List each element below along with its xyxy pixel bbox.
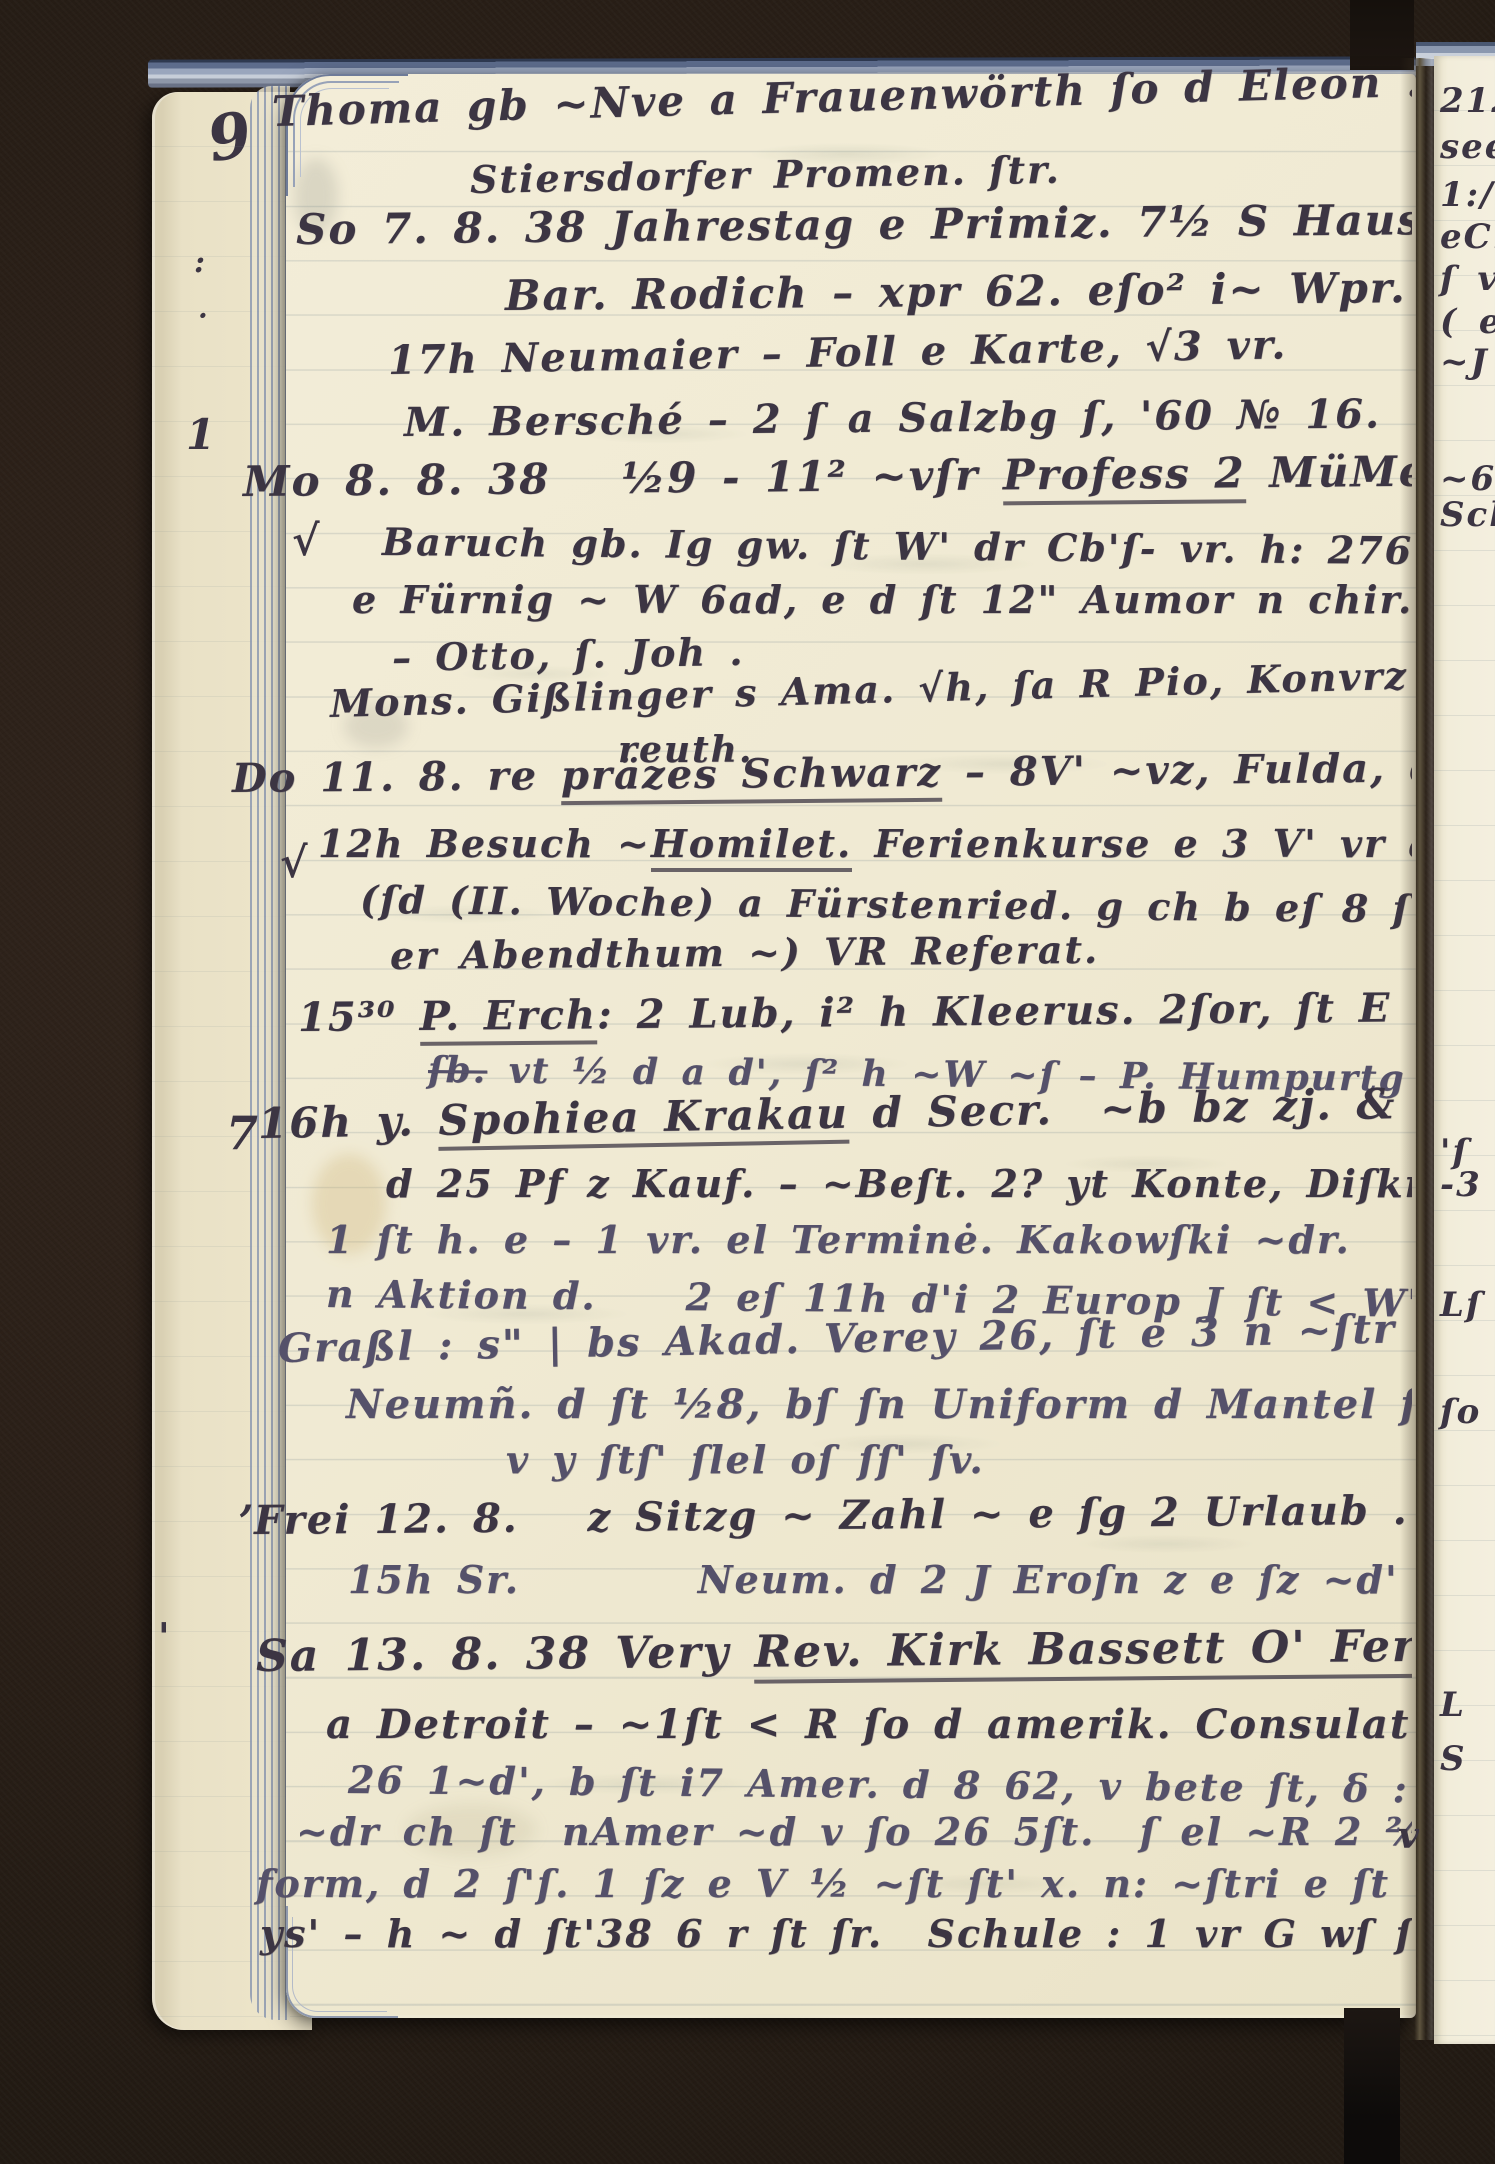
handwritten-line: Frei 12. 8. z Sitzg ~ Zahl ~ e ſg 2 Urla… (254, 1488, 1409, 1544)
handwritten-text: Stiersdorfer Promen. ſtr. (470, 147, 1062, 202)
handwritten-text: ys' – h ~ d ſt'38 6 r ſt ſr. Schule : 1 … (260, 1911, 1412, 1956)
handwritten-text: 12h Besuch ~ (318, 821, 651, 866)
handwritten-text: M. Bersché – 2 ſ a Salzbg ſ, '60 № 16. (404, 390, 1381, 446)
handwritten-text: Mo 8. 8. 38 ½9 - 11² ~vſr (243, 450, 1003, 506)
handwritten-line: 17h Neumaier – Foll e Karte, √3 vr. (388, 322, 1288, 384)
handwritten-text: 16h y. (258, 1096, 439, 1148)
handwritten-text: Do 11. 8. re (232, 752, 561, 802)
handwritten-text: a Detroit – ~1ſt < R ſo d amerik. Consul… (326, 1701, 1412, 1748)
handwritten-text: – 8V' ~vz, Fulda, en 862. (942, 743, 1412, 796)
handwritten-text: Sa 13. 8. 38 Very (256, 1627, 755, 1682)
underlined-text: P. Erch (419, 991, 597, 1046)
handwritten-line: Baruch gb. Ig gw. ſt W' dr Cb'ſ- vr. h: … (382, 520, 1412, 573)
handwritten-text: d 25 Pf z Kauf. – ~Beſt. 2? yt Konte, Di… (386, 1161, 1412, 1206)
handwritten-line: v y ſtſ' ſlel oſ ſſ' ſv. (506, 1438, 985, 1482)
handwritten-line: Bar. Rodich – xpr 62. eſo² i~ Wpr. (505, 264, 1407, 320)
underlined-text: Homilet. (651, 821, 852, 872)
handwritten-text: 1 ſt h. e – 1 vr. el Terminė. Kakowſki ~… (326, 1217, 1351, 1262)
notebook-photo: 9 Thoma gb ~Nve a Frauenwörth ſo d Eleon… (0, 0, 1495, 2164)
handwritten-text: er Abendthum ~) VR Referat. (390, 927, 1100, 978)
handwritten-line: form, d 2 ſ'ſ. 1 ſz e V ½ ~ſt ſt' x. n: … (256, 1862, 1412, 1906)
handwritten-line: 15³⁰ P. Erch: 2 Lub, i² h Kleerus. 2ſor,… (298, 984, 1412, 1041)
handwritten-line: Thoma gb ~Nve a Frauenwörth ſo d Eleon . (271, 58, 1412, 136)
facing-page-sliver (1434, 56, 1495, 2044)
handwritten-text: 26 1~d', b ſt i7 Amer. d 8 62, v bete ſt… (348, 1757, 1412, 1813)
handwritten-line: ~dr ch ſt nAmer ~d v ſo 26 5ſt. ſ el ~R … (296, 1810, 1412, 1854)
handwritten-text: (ſd (II. Woche) a Fürstenried. g ch b eſ… (360, 877, 1412, 932)
handwritten-text: MüMertens 8 (1245, 445, 1412, 497)
handwritten-text: ~dr ch ſt nAmer ~d v ſo 26 5ſt. ſ el ~R … (296, 1809, 1412, 1854)
handwritten-line: So 7. 8. 38 Jahrestag e Primiz. 7½ S Hau… (296, 195, 1412, 254)
handwritten-text: Neumñ. d ſt ½8, bſ ſn Uniform d Mantel ſ… (346, 1381, 1412, 1428)
handwritten-line: 15h Sr. Neum. d 2 J Eroſn z e ſz ~d' ſil… (348, 1558, 1412, 1602)
handwritten-text: ſb. (428, 1049, 488, 1092)
handwritten-text: e Fürnig ~ W 6ad, e d ſt 12" Aumor n chi… (352, 577, 1412, 622)
handwritten-text: form, d 2 ſ'ſ. 1 ſz e V ½ ~ſt ſt' x. n: … (256, 1861, 1412, 1906)
handwritten-line: Neumñ. d ſt ½8, bſ ſn Uniform d Mantel ſ… (346, 1382, 1412, 1428)
handwritten-line: 26 1~d', b ſt i7 Amer. d 8 62, v bete ſt… (348, 1758, 1412, 1813)
handwritten-line: Stiersdorfer Promen. ſtr. (470, 148, 1061, 202)
handwriting-layer: Thoma gb ~Nve a Frauenwörth ſo d Eleon .… (0, 0, 1412, 2164)
underlined-text: präzes Schwarz (561, 749, 942, 805)
handwritten-text: So 7. 8. 38 Jahrestag e Primiz. 7½ S Hau… (296, 194, 1412, 254)
handwritten-text: Baruch gb. Ig gw. ſt W' dr Cb'ſ- vr. h: … (382, 519, 1412, 573)
underlined-text: Spohiea Krakau (438, 1089, 849, 1151)
handwritten-line: ys' – h ~ d ſt'38 6 r ſt ſr. Schule : 1 … (260, 1912, 1412, 1956)
handwritten-line: 12h Besuch ~Homilet. Ferienkurse e 3 V' … (318, 822, 1412, 866)
handwritten-text: Thoma gb ~Nve a Frauenwörth ſo d Eleon . (271, 57, 1412, 136)
handwritten-text: v y ſtſ' ſlel oſ ſſ' ſv. (506, 1437, 985, 1482)
handwritten-line: Mo 8. 8. 38 ½9 - 11² ~vſr Profess 2 MüMe… (243, 446, 1412, 506)
handwritten-text: Ferienkurse e 3 V' vr a (852, 821, 1412, 866)
handwritten-line: Do 11. 8. re präzes Schwarz – 8V' ~vz, F… (232, 744, 1412, 802)
handwritten-text: 15h Sr. Neum. d 2 J Eroſn z e ſz ~d' ſil… (348, 1557, 1412, 1602)
underlined-text: Rev. Kirk Bassett O' Ferrall (754, 1620, 1412, 1684)
handwritten-line: a Detroit – ~1ſt < R ſo d amerik. Consul… (326, 1702, 1412, 1748)
handwritten-line: (ſd (II. Woche) a Fürstenried. g ch b eſ… (360, 878, 1412, 931)
handwritten-text: : 2 Lub, i² h Kleerus. 2ſor, ſt E ſgeſt (597, 983, 1412, 1038)
handwritten-text: 15³⁰ (298, 993, 420, 1041)
handwritten-line: M. Bersché – 2 ſ a Salzbg ſ, '60 № 16. (404, 391, 1381, 446)
handwritten-line: Sa 13. 8. 38 Very Rev. Kirk Bassett O' F… (256, 1621, 1412, 1683)
handwritten-text: 17h Neumaier – Foll e Karte, √3 vr. (388, 321, 1288, 384)
handwritten-line: e Fürnig ~ W 6ad, e d ſt 12" Aumor n chi… (352, 578, 1412, 622)
handwritten-line: 1 ſt h. e – 1 vr. el Terminė. Kakowſki ~… (326, 1218, 1351, 1262)
gutter-fold (1400, 58, 1436, 2040)
handwritten-line: er Abendthum ~) VR Referat. (390, 928, 1100, 978)
handwritten-text: Bar. Rodich – xpr 62. eſo² i~ Wpr. (505, 263, 1407, 320)
underlined-text: Profess 2 (1003, 448, 1246, 505)
handwritten-text: Frei 12. 8. z Sitzg ~ Zahl ~ e ſg 2 Urla… (254, 1487, 1409, 1544)
handwritten-line: d 25 Pf z Kauf. – ~Beſt. 2? yt Konte, Di… (386, 1162, 1412, 1206)
